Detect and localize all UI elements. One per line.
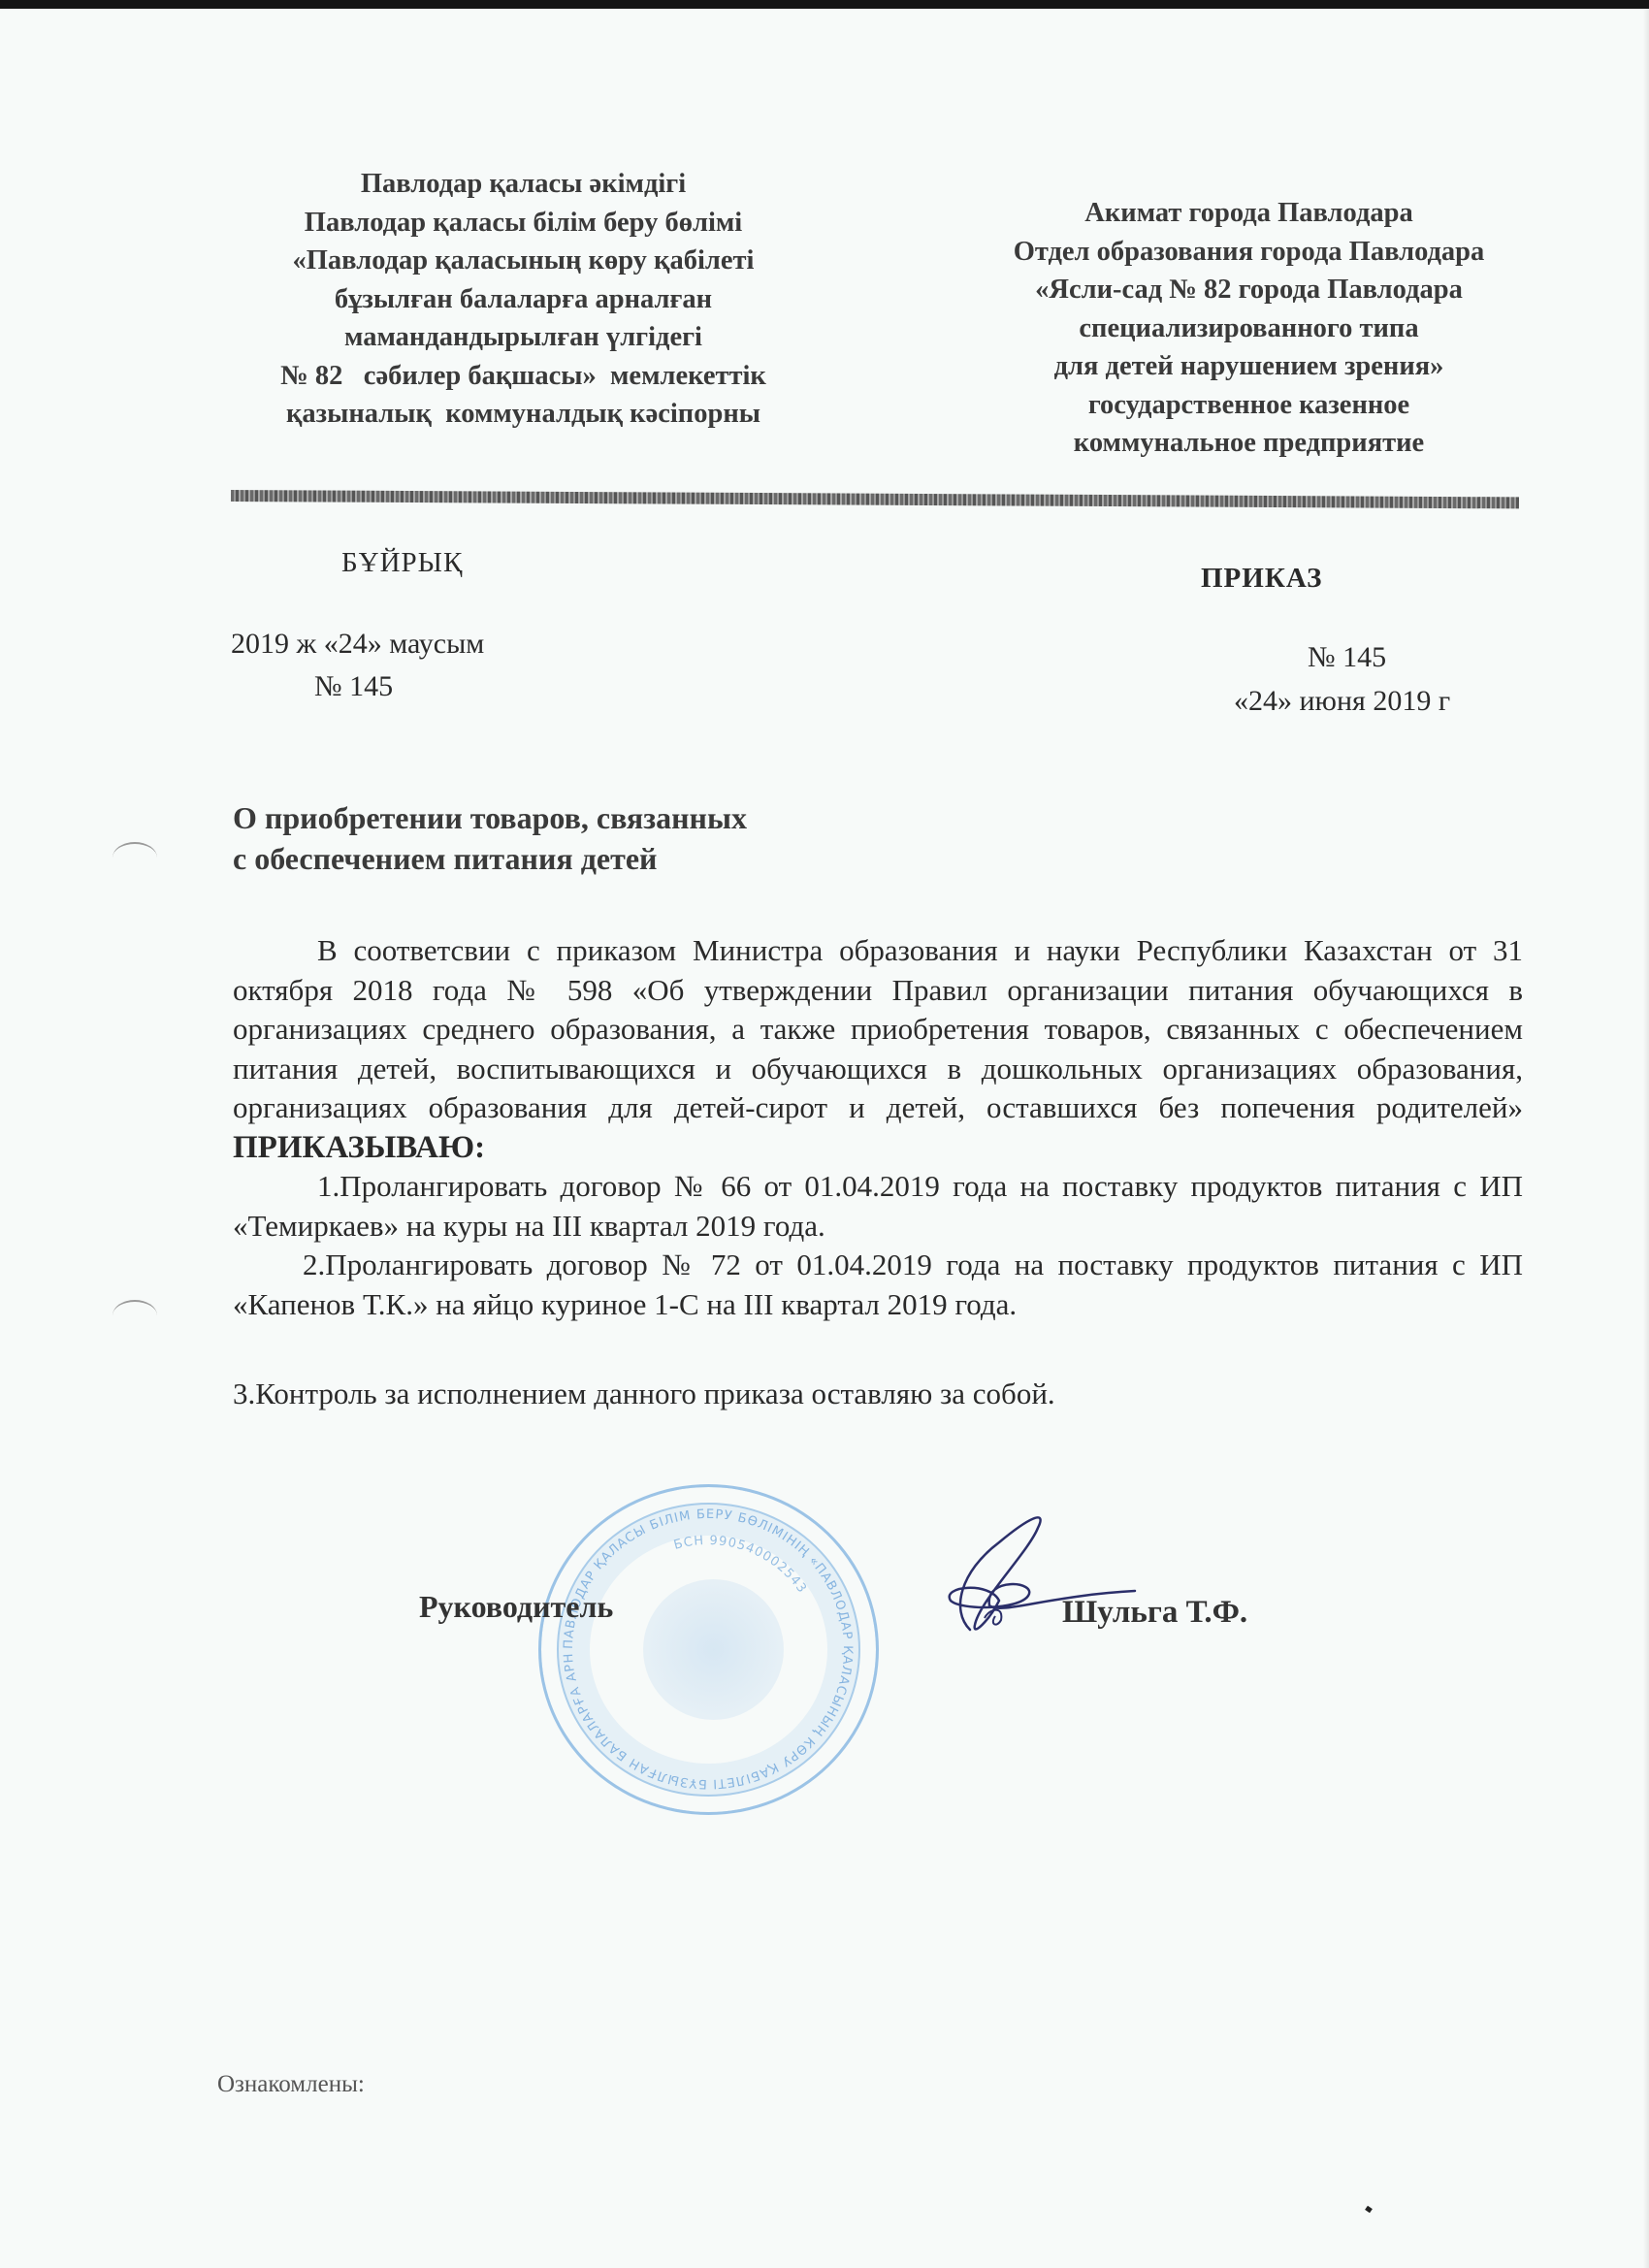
acquainted-label: Ознакомлены: — [217, 2071, 365, 2098]
signatory-role: Руководитель — [419, 1589, 613, 1625]
header-kz-line: «Павлодар қаласының көру қабілеті — [225, 242, 822, 280]
official-stamp: ПАВЛОДАР ҚАЛАСЫ БІЛІМ БЕРУ БӨЛІМІНІҢ «ПА… — [538, 1484, 879, 1815]
signatory-name: Шульга Т.Ф. — [1062, 1595, 1247, 1631]
header-ru-line: для детей нарушением зрения» — [946, 347, 1552, 386]
stamp-ring-text: ПАВЛОДАР ҚАЛАСЫ БІЛІМ БЕРУ БӨЛІМІНІҢ «ПА… — [541, 1487, 876, 1812]
punch-hole-top — [113, 842, 157, 873]
header-kz-line: бұзылған балаларға арналған — [225, 280, 822, 319]
preamble-paragraph: В соответсвии с приказом Министра образо… — [233, 931, 1523, 1167]
header-ru-line: Отдел образования города Павлодара — [946, 233, 1552, 272]
order-body: В соответсвии с приказом Министра образо… — [233, 931, 1523, 1414]
header-kz-line: Павлодар қаласы әкімдігі — [225, 165, 822, 204]
header-divider — [231, 490, 1519, 508]
svg-text:ПАВЛОДАР ҚАЛАСЫ БІЛІМ БЕРУ БӨЛ: ПАВЛОДАР ҚАЛАСЫ БІЛІМ БЕРУ БӨЛІМІНІҢ «ПА… — [541, 1487, 855, 1791]
preamble-text: В соответсвии с приказом Министра образо… — [233, 933, 1523, 1124]
header-ru-line: Акимат города Павлодара — [946, 194, 1552, 233]
subject-line: О приобретении товаров, связанных — [233, 797, 747, 838]
order-number-ru: № 145 — [1308, 641, 1386, 674]
order-date-ru: «24» июня 2019 г — [1234, 685, 1450, 718]
header-kz-line: мамандандырылған үлгідегі — [225, 318, 822, 357]
order-item-2: 2.Пролангировать договор № 72 от 01.04.2… — [233, 1246, 1523, 1324]
header-ru-line: государственное казенное — [946, 386, 1552, 425]
scan-right-edge — [1643, 9, 1649, 2268]
order-item-1: 1.Пролангировать договор № 66 от 01.04.2… — [233, 1167, 1523, 1246]
header-kz-line: қазыналық коммуналдық кәсіпорны — [225, 395, 822, 434]
punch-hole-bottom — [113, 1300, 157, 1331]
header-ru-line: «Ясли-сад № 82 города Павлодара — [946, 271, 1552, 309]
order-title-ru: ПРИКАЗ — [1201, 563, 1322, 595]
header-kz-line: Павлодар қаласы білім беру бөлімі — [225, 204, 822, 243]
header-kz-line: № 82 сәбилер бақшасы» мемлекеттік — [225, 357, 822, 396]
order-date-kz: 2019 ж «24» маусым — [231, 628, 484, 661]
order-number-kz: № 145 — [314, 670, 393, 703]
subject-line: с обеспечением питания детей — [233, 838, 747, 879]
header-ru-line: специализированного типа — [946, 309, 1552, 348]
header-russian: Акимат города Павлодара Отдел образовани… — [946, 194, 1552, 463]
order-subject: О приобретении товаров, связанных с обес… — [233, 797, 747, 879]
header-ru-line: коммунальное предприятие — [946, 424, 1552, 463]
scan-speck — [1365, 2206, 1373, 2214]
order-title-kz: БҰЙРЫҚ — [341, 547, 463, 579]
command-word: ПРИКАЗЫВАЮ: — [233, 1130, 485, 1165]
header-kazakh: Павлодар қаласы әкімдігі Павлодар қаласы… — [225, 165, 822, 434]
order-item-3: 3.Контроль за исполнением данного приказ… — [233, 1375, 1523, 1414]
scan-top-edge — [0, 0, 1649, 9]
